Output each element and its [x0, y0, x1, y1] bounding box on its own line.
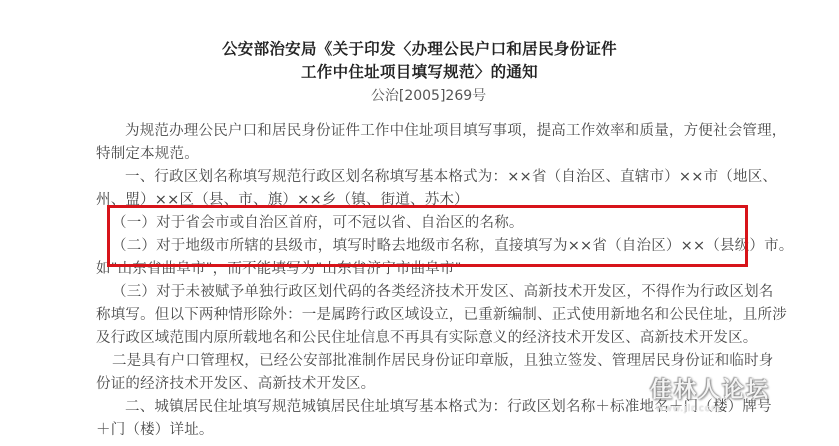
- document-number: 公治[2005]269号: [0, 85, 839, 107]
- document-title-line-2: 工作中住址项目填写规范〉的通知: [0, 61, 839, 84]
- paragraph-intro-line-2: 特制定本规范。: [96, 143, 796, 166]
- item-3-line-3: 及行政区域范围内原所载地名和公民住址信息不再具有实际意义的经济技术开发区、高新技…: [96, 327, 796, 350]
- exception-2-line-1: 二是具有户口管理权，已经公安部批准制作居民身份证印章版，且独立签发、管理居民身份…: [96, 350, 796, 373]
- item-3-line-2: 称填写。但以下两种情形除外：一是属跨行政区域设立，已重新编制、正式使用新地名和公…: [96, 304, 796, 327]
- item-1-text: （一）对于省会市或自治区首府，可不冠以省、自治区的名称。: [96, 212, 796, 235]
- section-1-line-1: 一、行政区划名称填写规范行政区划名称填写基本格式为：××省（自治区、直辖市）××…: [96, 166, 796, 189]
- document-body: 为规范办理公民户口和居民身份证件工作中住址项目填写事项，提高工作效率和质量，方便…: [96, 120, 796, 442]
- section-2-line-2: ＋门（楼）详址。: [96, 419, 796, 442]
- item-2-line-1: （二）对于地级市所辖的县级市，填写时略去地级市名称，直接填写为××省（自治区）×…: [96, 235, 796, 258]
- section-2-line-1: 二、城镇居民住址填写规范城镇居民住址填写基本格式为：行政区划名称＋标准地名＋门（…: [96, 396, 796, 419]
- exception-2-line-2: 份证的经济技术开发区、高新技术开发区。: [96, 373, 796, 396]
- section-1-line-2: 州、盟）××区（县、市、旗）××乡（镇、街道、苏木）: [96, 189, 796, 212]
- item-2-line-2: 如"山东省曲阜市"，而不能填写为"山东省济宁市曲阜市": [96, 258, 796, 281]
- item-3-line-1: （三）对于未被赋予单独行政区划代码的各类经济技术开发区、高新技术开发区，不得作为…: [96, 281, 796, 304]
- document-header: 公安部治安局《关于印发〈办理公民户口和居民身份证件 工作中住址项目填写规范〉的通…: [0, 38, 839, 107]
- document-title-line-1: 公安部治安局《关于印发〈办理公民户口和居民身份证件: [0, 38, 839, 61]
- paragraph-intro-line-1: 为规范办理公民户口和居民身份证件工作中住址项目填写事项，提高工作效率和质量，方便…: [96, 120, 796, 143]
